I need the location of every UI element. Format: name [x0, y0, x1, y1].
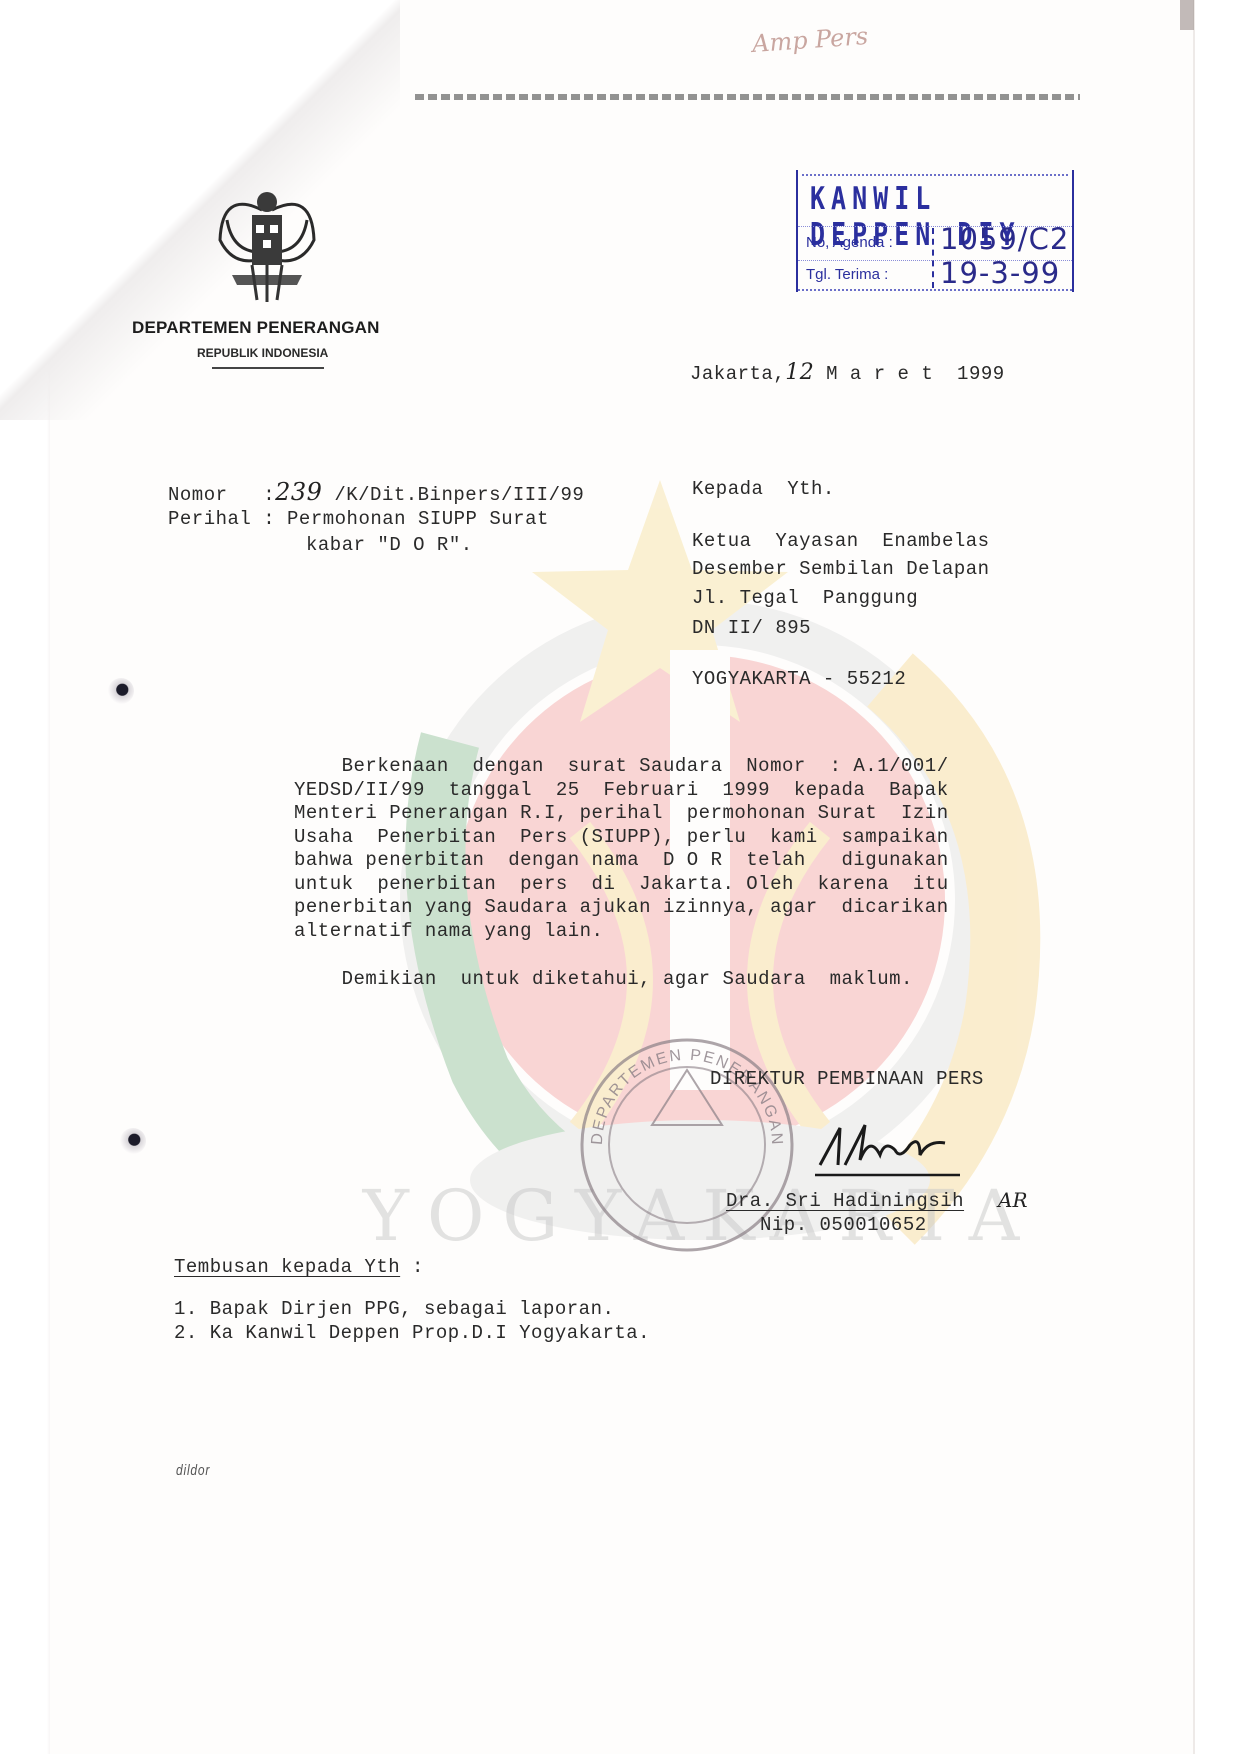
closing-line: Demikian untuk diketahui, agar Saudara m…	[294, 968, 913, 990]
country-name: REPUBLIK INDONESIA	[197, 346, 328, 360]
received-stamp: KANWIL DEPPEN DIY No, Agenda : 1059/C2 T…	[796, 170, 1074, 292]
recipient-line: DN II/ 895	[692, 617, 811, 639]
body-line: Berkenaan dengan surat Saudara Nomor : A…	[294, 755, 949, 777]
signatory-nip: Nip. 050010652	[760, 1214, 927, 1236]
signatory-name: Dra. Sri Hadiningsih	[726, 1190, 964, 1212]
recipient-line: Ketua Yayasan Enambelas	[692, 530, 990, 552]
typist-code: dildor	[176, 1462, 210, 1479]
copies-item: 2. Ka Kanwil Deppen Prop.D.I Yogyakarta.	[174, 1322, 650, 1344]
body-line: alternatif nama yang lain.	[294, 920, 603, 942]
subject: Perihal : Permohonan SIUPP Surat	[168, 508, 549, 530]
body-line: Menteri Penerangan R.I, perihal permohon…	[294, 802, 949, 824]
signature-scribble	[810, 1120, 970, 1180]
initials-paraf: AR	[998, 1188, 1028, 1212]
received-date-label: Tgl. Terima :	[806, 266, 888, 283]
recipient-city: YOGYAKARTA - 55212	[692, 668, 906, 690]
department-name: DEPARTEMEN PENERANGAN	[132, 318, 380, 338]
subject-continued: kabar "D O R".	[306, 534, 473, 556]
reference-number: Nomor :239 /K/Dit.Binpers/III/99	[168, 478, 584, 506]
letterhead-rule	[212, 367, 324, 369]
body-line: untuk penerbitan pers di Jakarta. Oleh k…	[294, 873, 949, 895]
handwritten-number: 239	[275, 478, 322, 506]
svg-text:DEPARTEMEN PENERANGAN: DEPARTEMEN PENERANGAN	[589, 1047, 785, 1147]
handwritten-day: 12	[785, 360, 814, 385]
scan-margin-left	[0, 0, 52, 1754]
agenda-number: 1059/C2	[940, 222, 1069, 256]
faded-header-line	[415, 94, 1080, 100]
garuda-emblem-icon	[212, 180, 322, 305]
recipient-line: Desember Sembilan Delapan	[692, 558, 990, 580]
copies-heading: Tembusan kepada Yth :	[174, 1256, 424, 1278]
received-date: 19-3-99	[940, 256, 1060, 290]
body-line: bahwa penerbitan dengan nama D O R telah…	[294, 849, 949, 871]
page-corner-mark	[1180, 0, 1194, 30]
punch-hole	[108, 678, 134, 704]
body-line: YEDSD/II/99 tanggal 25 Februari 1999 kep…	[294, 779, 949, 801]
recipient-salutation: Kepada Yth.	[692, 478, 835, 500]
body-line: Usaha Penerbitan Pers (SIUPP), perlu kam…	[294, 826, 949, 848]
agenda-label: No, Agenda :	[806, 234, 893, 251]
scan-margin-right	[1195, 0, 1239, 1754]
recipient-line: Jl. Tegal Panggung	[692, 587, 918, 609]
copies-item: 1. Bapak Dirjen PPG, sebagai laporan.	[174, 1298, 614, 1320]
date-line: Jakarta,12 M a r e t 1999	[690, 360, 1005, 385]
punch-hole	[120, 1128, 146, 1154]
body-line: penerbitan yang Saudara ajukan izinnya, …	[294, 896, 949, 918]
signatory-title: DIREKTUR PEMBINAAN PERS	[710, 1068, 984, 1090]
